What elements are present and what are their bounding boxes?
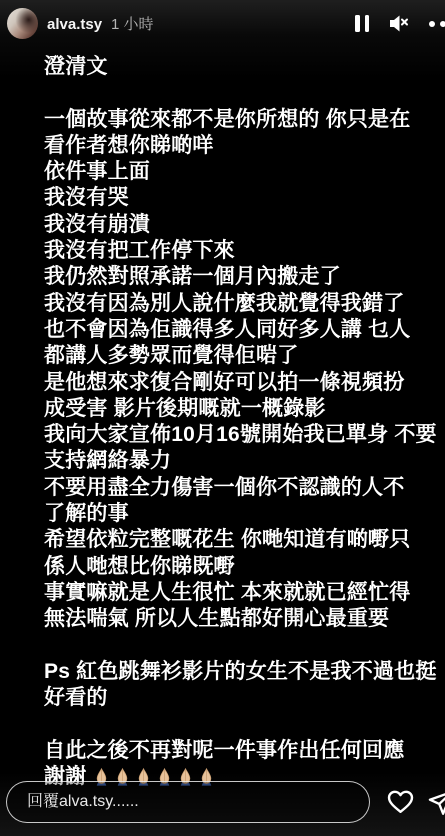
- avatar[interactable]: [7, 8, 38, 39]
- header-text: alva.tsy 1 小時: [47, 13, 154, 34]
- story-text-line: 我沒有把工作停下來: [44, 238, 431, 264]
- header-icons: [355, 14, 445, 33]
- story-text-line: 係人哋想比你睇既嘢: [44, 554, 431, 580]
- story-text-line: 澄清文: [44, 54, 431, 80]
- reply-pill[interactable]: [6, 781, 370, 823]
- story-text-line: 看作者想你睇啲咩: [44, 133, 431, 159]
- pause-icon[interactable]: [355, 15, 369, 32]
- story-text-line: 我沒有哭: [44, 185, 431, 211]
- story-text-line: 自此之後不再對呢一件事作出任何回應: [44, 738, 431, 764]
- story-text-line: 我沒有崩潰: [44, 212, 431, 238]
- muted-speaker-icon[interactable]: [389, 14, 409, 33]
- story-text-line: 依件事上面: [44, 159, 431, 185]
- story-text-line: [44, 633, 431, 659]
- story-lines: 澄清文 一個故事從來都不是你所想的 你只是在看作者想你睇啲咩依件事上面我沒有哭我…: [44, 54, 431, 764]
- story-text-line: 了解的事: [44, 501, 431, 527]
- story-text-line: 我沒有因為別人說什麼我就覺得我錯了: [44, 291, 431, 317]
- story-text-line: 無法喘氣 所以人生點都好開心最重要: [44, 606, 431, 632]
- story-text-line: 不要用盡全力傷害一個你不認識的人不: [44, 475, 431, 501]
- story-text-line: 是他想來求復合剛好可以拍一條視頻扮: [44, 370, 431, 396]
- username[interactable]: alva.tsy: [47, 16, 102, 33]
- story-text-line: 我仍然對照承諾一個月內搬走了: [44, 264, 431, 290]
- story-text-line: 事實嘛就是人生很忙 本來就就已經忙得: [44, 580, 431, 606]
- reply-input[interactable]: [25, 792, 351, 812]
- more-options-icon[interactable]: [429, 21, 445, 27]
- story-header: alva.tsy 1 小時: [0, 0, 445, 42]
- timestamp: 1 小時: [111, 13, 154, 34]
- story-viewer: alva.tsy 1 小時 澄清文 一個故事從來都不是你所想的 你只是在看作者想…: [0, 0, 445, 836]
- story-text-line: 一個故事從來都不是你所想的 你只是在: [44, 107, 431, 133]
- heart-icon[interactable]: [386, 787, 415, 816]
- story-text-line: 也不會因為佢識得多人同好多人講 乜人: [44, 317, 431, 343]
- story-text-line: 都講人多勢眾而覺得佢啱了: [44, 343, 431, 369]
- story-text: 澄清文 一個故事從來都不是你所想的 你只是在看作者想你睇啲咩依件事上面我沒有哭我…: [44, 54, 431, 790]
- story-text-line: 好看的: [44, 685, 431, 711]
- story-text-line: 希望依粒完整嘅花生 你哋知道有啲嘢只: [44, 527, 431, 553]
- story-text-line: [44, 80, 431, 106]
- story-text-line: 我向大家宣佈10月16號開始我已單身 不要: [44, 422, 431, 448]
- story-text-line: [44, 711, 431, 737]
- send-icon[interactable]: [427, 789, 445, 817]
- story-text-line: 成受害 影片後期嘅就一概錄影: [44, 396, 431, 422]
- story-text-line: Ps 紅色跳舞衫影片的女生不是我不過也挺: [44, 659, 431, 685]
- story-text-line: 支持網絡暴力: [44, 448, 431, 474]
